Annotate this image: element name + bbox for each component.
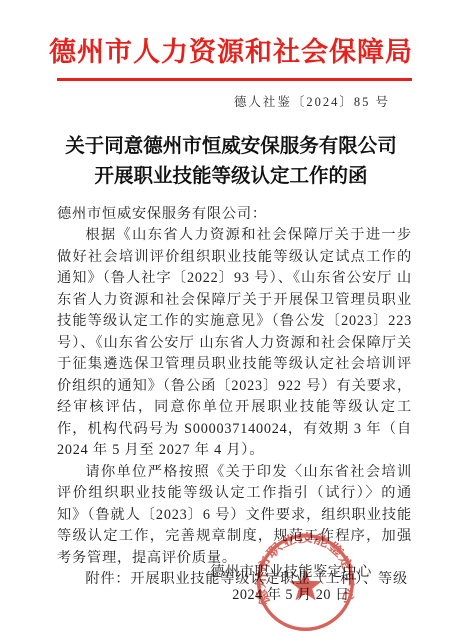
signature-date: 2024 年 5 月 20 日	[207, 584, 375, 607]
agency-name: 德州市人力资源和社会保障局	[8, 38, 454, 68]
doc-number: 德人社鉴〔2024〕85 号	[0, 92, 462, 110]
document-body: 德州市恒威安保服务有限公司： 根据《山东省人力资源和社会保障厅关于进一步做好社会…	[57, 204, 412, 591]
signature-block: 德州市职业技能鉴定中心 2024 年 5 月 20 日	[207, 561, 375, 607]
salutation: 德州市恒威安保服务有限公司：	[57, 204, 412, 226]
document-title-line1: 关于同意德州市恒威安保服务有限公司	[0, 132, 462, 162]
header-divider	[57, 78, 412, 81]
body-paragraph: 请你单位严格按照《关于印发〈山东省社会培训评价组织职业技能等级认定工作指引（试行…	[57, 462, 412, 570]
document-title: 关于同意德州市恒威安保服务有限公司 开展职业技能等级认定工作的函	[0, 132, 462, 192]
document-title-line2: 开展职业技能等级认定工作的函	[0, 162, 462, 192]
document-page: 德州市人力资源和社会保障局 德人社鉴〔2024〕85 号 关于同意德州市恒威安保…	[0, 0, 462, 638]
body-paragraph: 根据《山东省人力资源和社会保障厅关于进一步做好社会培训评价组织职业技能等级认定试…	[57, 225, 412, 462]
signature-org: 德州市职业技能鉴定中心	[207, 561, 375, 584]
